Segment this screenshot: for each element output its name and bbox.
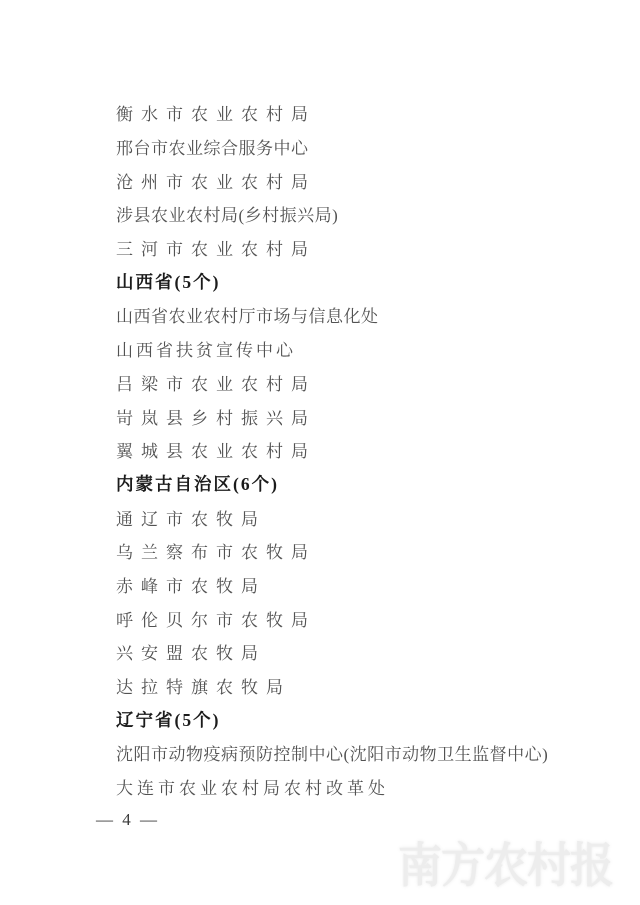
watermark: 南方农村报 [398,827,613,896]
list-item: 岢岚县乡村振兴局 [116,399,600,433]
list-item: 邢台市农业综合服务中心 [116,130,600,164]
list-item: 吕梁市农业农村局 [116,366,600,400]
list-item: 大连市农业农村局农村改革处 [116,770,600,804]
list-item: 山西省扶贫宣传中心 [116,332,600,366]
section-heading: 山西省(5个) [116,264,600,298]
list-item: 呼伦贝尔市农牧局 [116,601,600,635]
list-item: 赤峰市农牧局 [116,568,600,602]
section-heading: 辽宁省(5个) [116,702,600,736]
list-item: 涉县农业农村局(乡村振兴局) [116,197,600,231]
list-item: 兴安盟农牧局 [116,635,600,669]
list-item: 达拉特旗农牧局 [116,669,600,703]
list-item: 沈阳市动物疫病预防控制中心(沈阳市动物卫生监督中心) [116,736,600,770]
list-item: 乌兰察布市农牧局 [116,534,600,568]
section-heading: 内蒙古自治区(6个) [116,467,600,501]
list-item: 衡水市农业农村局 [116,96,600,130]
document-page: 衡水市农业农村局邢台市农业综合服务中心沧州市农业农村局涉县农业农村局(乡村振兴局… [0,0,640,905]
agency-list: 衡水市农业农村局邢台市农业综合服务中心沧州市农业农村局涉县农业农村局(乡村振兴局… [116,96,600,803]
page-number: — 4 — [96,810,160,830]
list-item: 山西省农业农村厅市场与信息化处 [116,298,600,332]
list-item: 翼城县农业农村局 [116,433,600,467]
list-item: 沧州市农业农村局 [116,163,600,197]
list-item: 三河市农业农村局 [116,231,600,265]
list-item: 通辽市农牧局 [116,500,600,534]
